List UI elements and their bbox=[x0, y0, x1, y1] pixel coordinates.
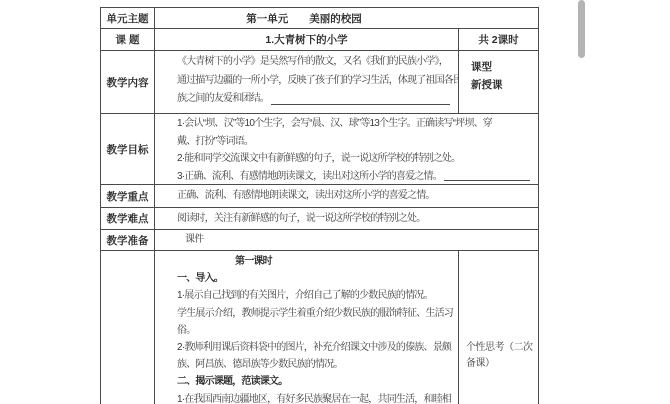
blank-underline bbox=[271, 104, 450, 105]
teaching-content-text: 《大青树下的小学》是吴然写作的散文，又名《我们的民族小学》， 通过描写边疆的一所… bbox=[177, 53, 454, 90]
lesson-title-label: 课 题 bbox=[101, 29, 154, 50]
section-heading-intro: 一、导入。 bbox=[177, 270, 454, 287]
teaching-preparation-label: 教学准备 bbox=[101, 230, 154, 250]
process-step: 学生展示介绍，教师提示学生着重介绍少数民族的服饰特征、生活习 俗。 bbox=[177, 305, 454, 339]
vertical-scrollbar-thumb[interactable] bbox=[578, 0, 585, 58]
teaching-goals-label: 教学目标 bbox=[101, 114, 154, 184]
process-step: 1·在我国西南边疆地区，有好多民族聚居在一起，共同生活，和睦相 bbox=[177, 391, 454, 404]
teaching-content-label: 教学内容 bbox=[101, 51, 154, 113]
teaching-difficulty-label: 教学难点 bbox=[101, 208, 154, 229]
row-teaching-goals: 教学目标 1·会认“坝、汉”等10个生字，会写“晨、汉、球”等13个生字。正确读… bbox=[101, 113, 538, 184]
row-teaching-difficulty: 教学难点 阅读时，关注有新鲜感的句子，说一说这所学校的特别之处。 bbox=[101, 207, 538, 229]
teaching-content-lastline-text: 族之间的友爱和团结。 bbox=[177, 90, 269, 109]
teaching-focus-label: 教学重点 bbox=[101, 185, 154, 207]
teaching-difficulty-cell: 阅读时，关注有新鲜感的句子，说一说这所学校的特别之处。 bbox=[154, 208, 538, 229]
teaching-goals-lastline-text: 3·正确、流利、有感情地朗读课文，读出对这所小学的喜爱之情。 bbox=[177, 168, 442, 185]
unit-theme-cell: 第一单元 美丽的校园 bbox=[154, 8, 538, 28]
teaching-focus-cell: 正确、流利、有感情地朗读课文，读出对这所小学的喜爱之情。 bbox=[154, 185, 538, 207]
teaching-content-cell: 《大青树下的小学》是吴然写作的散文，又名《我们的民族小学》， 通过描写边疆的一所… bbox=[154, 51, 458, 113]
row-teaching-process: 第一课时 一、导入。 1·展示自己找到的有关图片，介绍自己了解的少数民族的情况。… bbox=[101, 250, 538, 404]
teaching-process-cell: 第一课时 一、导入。 1·展示自己找到的有关图片，介绍自己了解的少数民族的情况。… bbox=[154, 251, 458, 404]
session-title: 第一课时 bbox=[177, 253, 454, 270]
lesson-hours-value: 共 2课时 bbox=[478, 32, 518, 47]
teaching-preparation-text: 课件 bbox=[185, 234, 203, 246]
teaching-process-label bbox=[101, 251, 154, 404]
teaching-goals-text: 1·会认“坝、汉”等10个生字，会写“晨、汉、球”等13个生字。正确读写“坪坝、… bbox=[177, 115, 534, 168]
process-step: 1·展示自己找到的有关图片，介绍自己了解的少数民族的情况。 bbox=[177, 287, 454, 304]
unit-theme-value: 第一单元 美丽的校园 bbox=[246, 11, 447, 26]
lesson-title-cell: 1.大青树下的小学 bbox=[154, 29, 458, 50]
section-heading-reveal-topic: 二、揭示课题，范读课文。 bbox=[177, 373, 454, 390]
row-teaching-content: 教学内容 《大青树下的小学》是吴然写作的散文，又名《我们的民族小学》， 通过描写… bbox=[101, 50, 538, 113]
unit-theme-label: 单元主题 bbox=[101, 8, 154, 28]
document-page: 单元主题 第一单元 美丽的校园 课 题 1.大青树下的小学 共 2课时 教学内容… bbox=[0, 0, 670, 404]
blank-underline bbox=[444, 180, 530, 181]
lesson-hours-cell: 共 2课时 bbox=[458, 29, 538, 50]
teaching-preparation-cell: 课件 bbox=[154, 230, 538, 250]
teaching-goals-cell: 1·会认“坝、汉”等10个生字，会写“晨、汉、球”等13个生字。正确读写“坪坝、… bbox=[154, 114, 538, 184]
row-teaching-preparation: 教学准备 课件 bbox=[101, 229, 538, 250]
lesson-title-value: 1.大青树下的小学 bbox=[265, 32, 347, 47]
teaching-focus-text: 正确、流利、有感情地朗读课文，读出对这所小学的喜爱之情。 bbox=[177, 190, 435, 202]
row-lesson-title: 课 题 1.大青树下的小学 共 2课时 bbox=[101, 28, 538, 50]
personal-reflection-cell: 个性思考（二次 备课） bbox=[458, 251, 538, 404]
lesson-plan-table: 单元主题 第一单元 美丽的校园 课 题 1.大青树下的小学 共 2课时 教学内容… bbox=[100, 7, 539, 404]
teaching-goals-lastline: 3·正确、流利、有感情地朗读课文，读出对这所小学的喜爱之情。 bbox=[177, 168, 534, 185]
course-type-cell: 课型 新授课 bbox=[458, 51, 538, 113]
row-teaching-focus: 教学重点 正确、流利、有感情地朗读课文，读出对这所小学的喜爱之情。 bbox=[101, 184, 538, 207]
process-step: 2·教师利用课后资料袋中的图片，补充介绍课文中涉及的傣族、景颇 族、阿昌族、德昂… bbox=[177, 339, 454, 373]
teaching-content-lastline: 族之间的友爱和团结。 bbox=[177, 90, 454, 109]
teaching-difficulty-text: 阅读时，关注有新鲜感的句子，说一说这所学校的特别之处。 bbox=[177, 213, 425, 225]
row-unit-theme: 单元主题 第一单元 美丽的校园 bbox=[101, 8, 538, 28]
